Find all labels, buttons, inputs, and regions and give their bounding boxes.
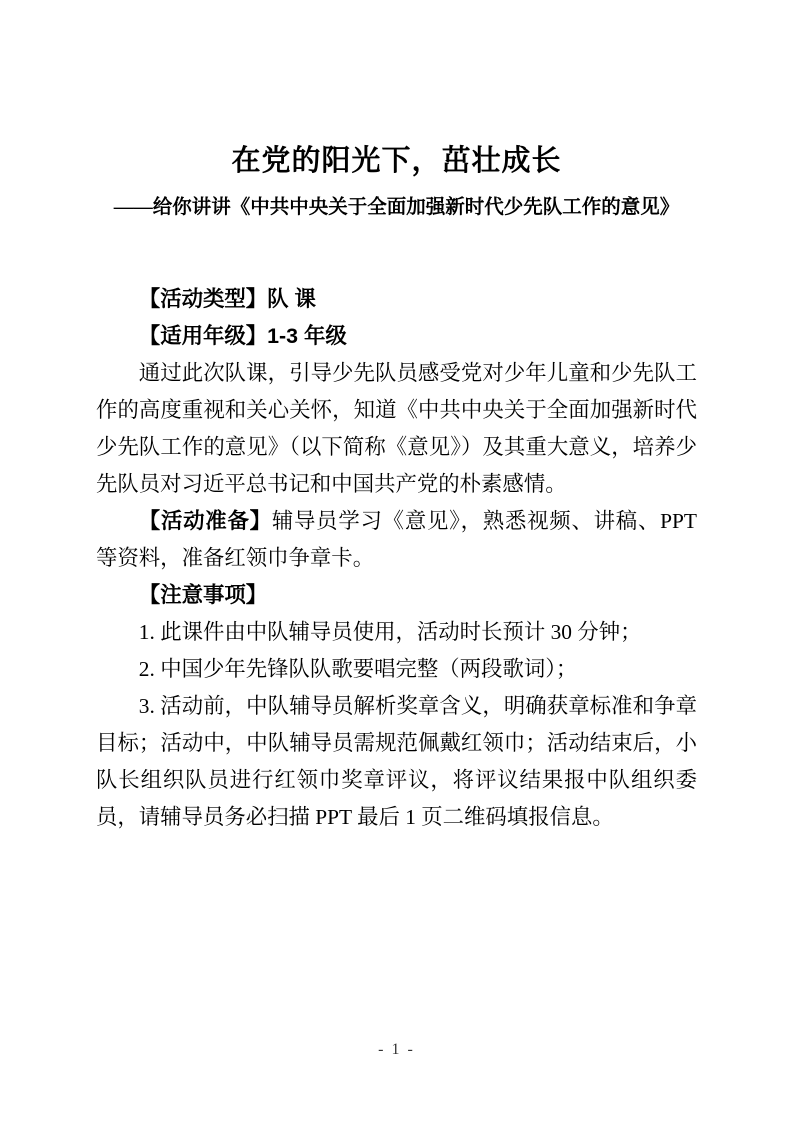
meta-line-grade: 【适用年级】1-3 年级 [96, 318, 697, 355]
note-item-2: 2. 中国少年先锋队队歌要唱完整（两段歌词）； [96, 651, 697, 688]
doc-title: 在党的阳光下，茁壮成长 [96, 141, 697, 181]
meta-value-activity-type: 队 课 [267, 287, 316, 311]
doc-subtitle: ——给你讲讲《中共中央关于全面加强新时代少先队工作的意见》 [70, 193, 723, 223]
overview-paragraph: 通过此次队课，引导少先队员感受党对少年儿童和少先队工作的高度重视和关心关怀，知道… [96, 355, 697, 503]
meta-label-activity-type: 【活动类型】 [139, 287, 267, 311]
doc-body: 【活动类型】队 课 【适用年级】1-3 年级 通过此次队课，引导少先队员感受党对… [96, 281, 697, 836]
page-number: - 1 - [0, 1040, 793, 1060]
meta-value-grade: 1-3 年级 [267, 324, 347, 348]
document-page: 在党的阳光下，茁壮成长 ——给你讲讲《中共中央关于全面加强新时代少先队工作的意见… [0, 0, 793, 1122]
note-item-3: 3. 活动前，中队辅导员解析奖章含义，明确获章标准和争章目标；活动中，中队辅导员… [96, 688, 697, 836]
notes-heading: 【注意事项】 [96, 577, 697, 614]
preparation-paragraph: 【活动准备】辅导员学习《意见》，熟悉视频、讲稿、PPT 等资料，准备红领巾争章卡… [96, 503, 697, 577]
meta-line-activity-type: 【活动类型】队 课 [96, 281, 697, 318]
preparation-label: 【活动准备】 [139, 509, 272, 533]
note-item-1: 1. 此课件由中队辅导员使用，活动时长预计 30 分钟； [96, 614, 697, 651]
meta-label-grade: 【适用年级】 [139, 324, 267, 348]
